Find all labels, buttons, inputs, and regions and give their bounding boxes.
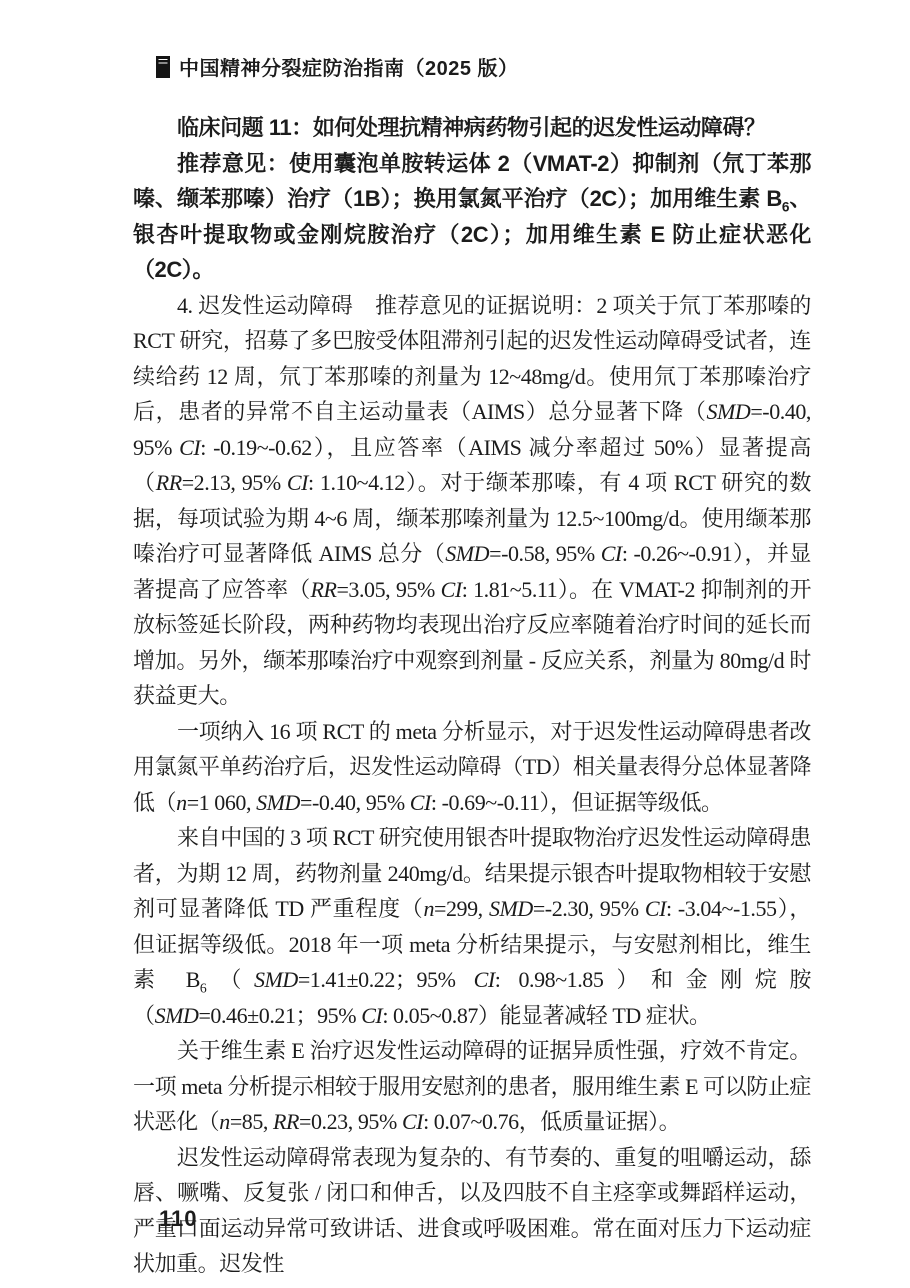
running-header: 中国精神分裂症防治指南（2025 版） <box>156 52 519 81</box>
running-header-title: 中国精神分裂症防治指南（2025 版） <box>179 52 519 81</box>
page-body: 临床问题 11：如何处理抗精神病药物引起的迟发性运动障碍？ 推荐意见：使用囊泡单… <box>133 110 811 1282</box>
clinical-question-heading: 临床问题 11：如何处理抗精神病药物引起的迟发性运动障碍？ <box>133 110 811 146</box>
recommendation-paragraph: 推荐意见：使用囊泡单胺转运体 2（VMAT-2）抑制剂（氘丁苯那嗪、缬苯那嗪）治… <box>133 146 811 288</box>
td-symptoms-paragraph: 迟发性运动障碍常表现为复杂的、有节奏的、重复的咀嚼运动，舔唇、噘嘴、反复张 / … <box>133 1140 811 1282</box>
clozapine-meta-paragraph: 一项纳入 16 项 RCT 的 meta 分析显示，对于迟发性运动障碍患者改用氯… <box>133 714 811 821</box>
document-page: 中国精神分裂症防治指南（2025 版） 临床问题 11：如何处理抗精神病药物引起… <box>0 0 910 1288</box>
evidence-paragraph: 4. 迟发性运动障碍 推荐意见的证据说明：2 项关于氘丁苯那嗪的 RCT 研究，… <box>133 288 811 714</box>
ginkgo-vitamin-paragraph: 来自中国的 3 项 RCT 研究使用银杏叶提取物治疗迟发性运动障碍患者，为期 1… <box>133 820 811 1033</box>
book-spine-icon <box>156 56 170 78</box>
page-number: 110 <box>159 1206 198 1232</box>
vitamin-e-paragraph: 关于维生素 E 治疗迟发性运动障碍的证据异质性强，疗效不肯定。一项 meta 分… <box>133 1033 811 1140</box>
